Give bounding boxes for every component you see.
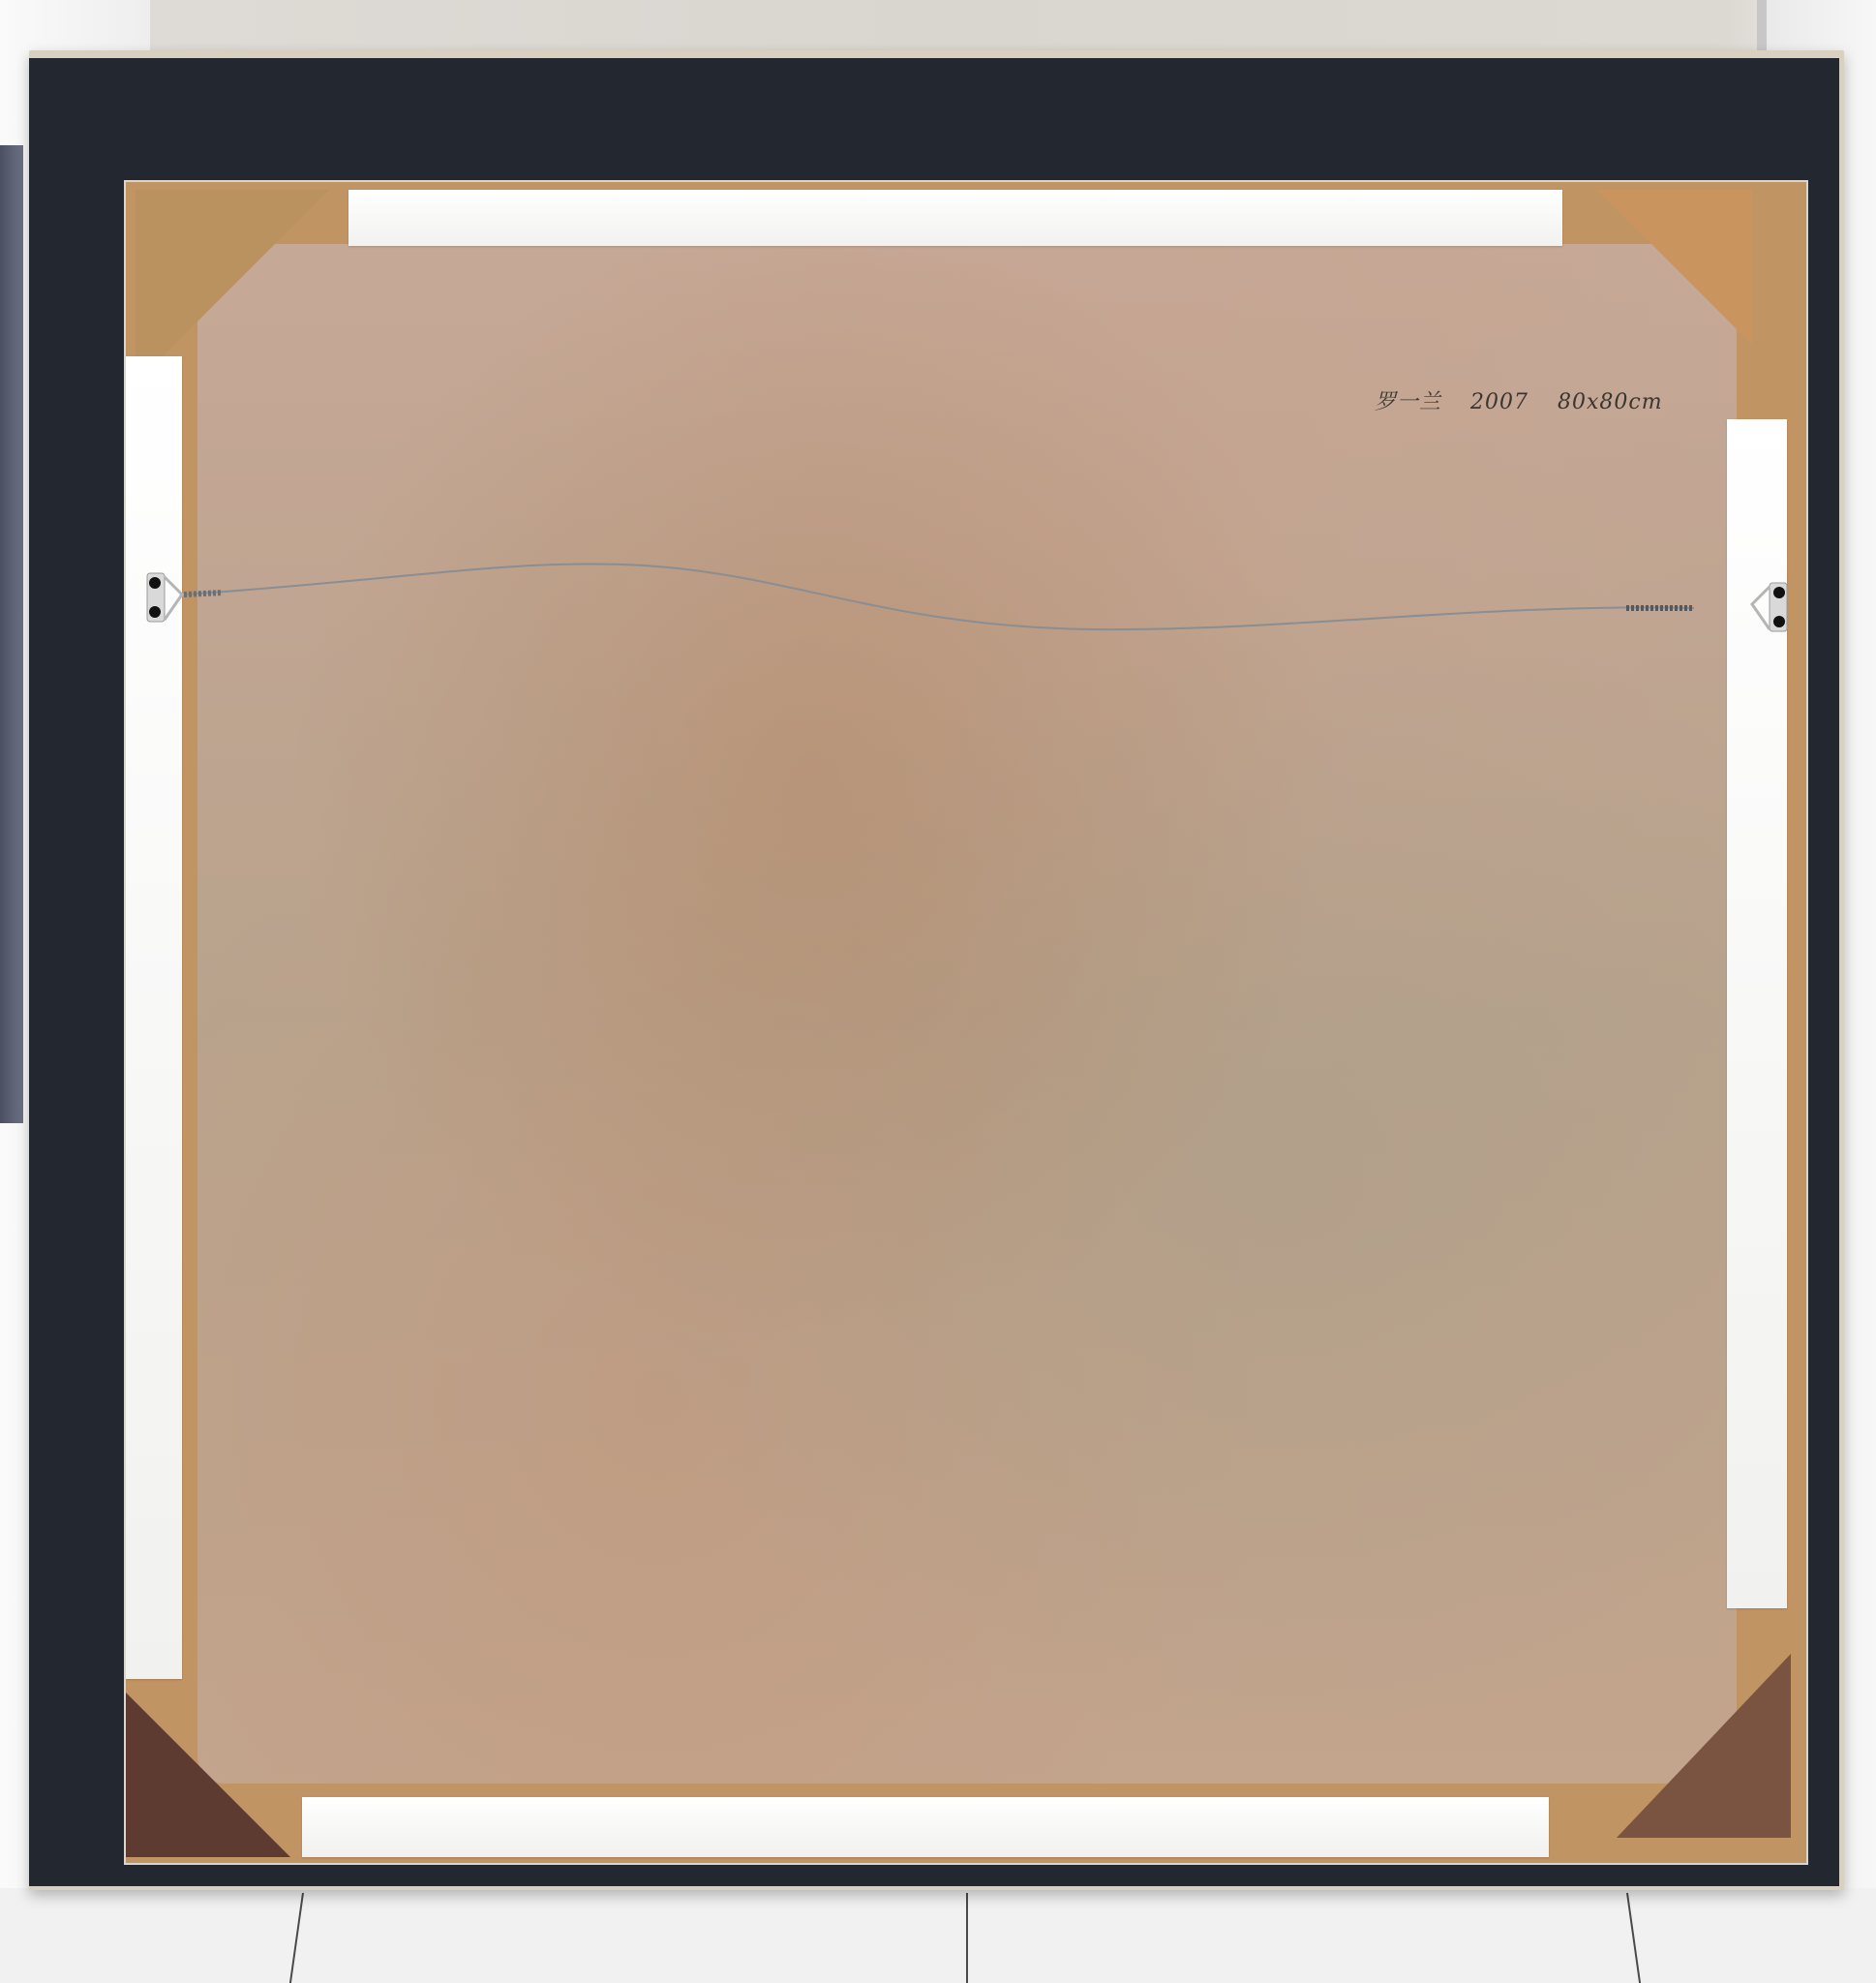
d-ring-hanger-left-icon xyxy=(143,569,186,625)
d-ring-hanger-right-icon xyxy=(1748,579,1791,635)
tile-grout-line xyxy=(966,1893,968,1983)
metal-pole xyxy=(1757,0,1767,58)
picture-frame: 罗一兰 2007 80x80cm xyxy=(29,58,1839,1886)
frame-opening: 罗一兰 2007 80x80cm xyxy=(124,180,1808,1865)
tiled-floor xyxy=(0,1888,1876,1983)
hanging-wire xyxy=(126,182,1808,1865)
blue-fabric xyxy=(0,145,23,1123)
